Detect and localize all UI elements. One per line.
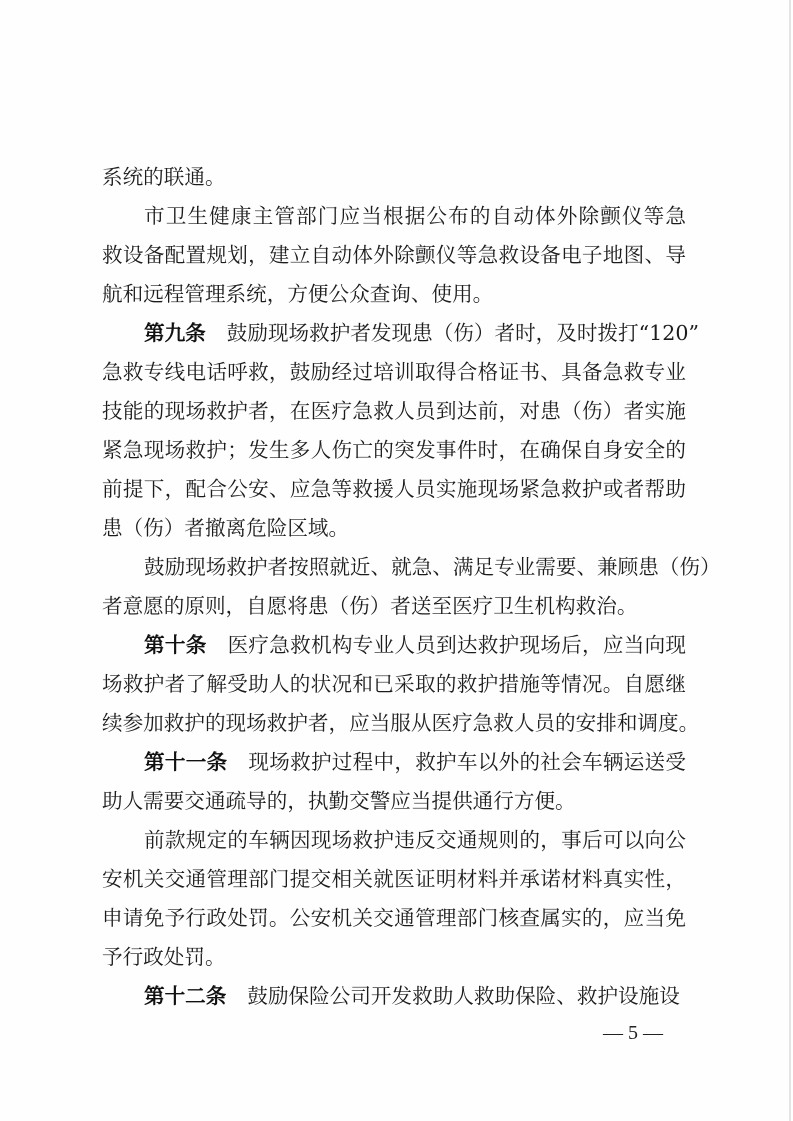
text-line: 第九条鼓励现场救护者发现患（伤）者时，及时拨打“120” xyxy=(102,314,686,353)
text-line: 第十一条现场救护过程中，救护车以外的社会车辆运送受 xyxy=(102,743,686,782)
text-line: 助人需要交通疏导的，执勤交警应当提供通行方便。 xyxy=(102,782,686,821)
text-line: 紧急现场救护；发生多人伤亡的突发事件时，在确保自身安全的 xyxy=(102,431,686,470)
text-line: 系统的联通。 xyxy=(102,158,686,197)
paragraph-traffic-exemption: 前款规定的车辆因现场救护违反交通规则的，事后可以向公 安机关交通管理部门提交相关… xyxy=(102,821,686,977)
text-line: 技能的现场救护者，在医疗急救人员到达前，对患（伤）者实施 xyxy=(102,392,686,431)
text-line: 前款规定的车辆因现场救护违反交通规则的，事后可以向公 xyxy=(102,821,686,860)
text-line: 者意愿的原则，自愿将患（伤）者送至医疗卫生机构救治。 xyxy=(102,587,686,626)
text-line: 航和远程管理系统，方便公众查询、使用。 xyxy=(102,275,686,314)
document-page-body: 系统的联通。 市卫生健康主管部门应当根据公布的自动体外除颤仪等急 救设备配置规划… xyxy=(102,158,686,1016)
paragraph-voluntary-transport: 鼓励现场救护者按照就近、就急、满足专业需要、兼顾患（伤） 者意愿的原则，自愿将患… xyxy=(102,548,686,626)
text-line: 患（伤）者撤离危险区域。 xyxy=(102,509,686,548)
article-heading: 第九条 xyxy=(144,321,206,345)
text-line: 第十二条鼓励保险公司开发救助人救助保险、救护设施设 xyxy=(102,977,686,1016)
article-heading: 第十二条 xyxy=(144,984,226,1008)
text-line: 申请免予行政处罚。公安机关交通管理部门核查属实的，应当免 xyxy=(102,899,686,938)
article-heading: 第十一条 xyxy=(144,750,227,774)
article-heading: 第十条 xyxy=(144,633,207,657)
article-text: 现场救护过程中，救护车以外的社会车辆运送受 xyxy=(248,750,686,774)
article-10: 第十条医疗急救机构专业人员到达救护现场后，应当向现 场救护者了解受助人的状况和已… xyxy=(102,626,686,743)
article-12: 第十二条鼓励保险公司开发救助人救助保险、救护设施设 xyxy=(102,977,686,1016)
text-line: 前提下，配合公安、应急等救援人员实施现场紧急救护或者帮助 xyxy=(102,470,686,509)
text-line: 市卫生健康主管部门应当根据公布的自动体外除颤仪等急 xyxy=(102,197,686,236)
text-line: 予行政处罚。 xyxy=(102,938,686,977)
paragraph-aed-map: 市卫生健康主管部门应当根据公布的自动体外除颤仪等急 救设备配置规划，建立自动体外… xyxy=(102,197,686,314)
article-9: 第九条鼓励现场救护者发现患（伤）者时，及时拨打“120” 急救专线电话呼救，鼓励… xyxy=(102,314,686,548)
scan-edge-line xyxy=(789,0,791,1121)
article-text: 鼓励现场救护者发现患（伤）者时，及时拨打“120” xyxy=(227,321,699,345)
text-line: 急救专线电话呼救，鼓励经过培训取得合格证书、具备急救专业 xyxy=(102,353,686,392)
paragraph-continuation: 系统的联通。 xyxy=(102,158,686,197)
page-number: — 5 — xyxy=(598,1019,668,1047)
text-line: 第十条医疗急救机构专业人员到达救护现场后，应当向现 xyxy=(102,626,686,665)
article-11: 第十一条现场救护过程中，救护车以外的社会车辆运送受 助人需要交通疏导的，执勤交警… xyxy=(102,743,686,821)
article-text: 医疗急救机构专业人员到达救护现场后，应当向现 xyxy=(228,633,686,657)
text-line: 安机关交通管理部门提交相关就医证明材料并承诺材料真实性， xyxy=(102,860,686,899)
article-text: 鼓励保险公司开发救助人救助保险、救护设施设 xyxy=(247,984,679,1008)
text-line: 鼓励现场救护者按照就近、就急、满足专业需要、兼顾患（伤） xyxy=(102,548,686,587)
text-line: 救设备配置规划，建立自动体外除颤仪等急救设备电子地图、导 xyxy=(102,236,686,275)
text-line: 续参加救护的现场救护者，应当服从医疗急救人员的安排和调度。 xyxy=(102,704,686,743)
text-line: 场救护者了解受助人的状况和已采取的救护措施等情况。自愿继 xyxy=(102,665,686,704)
